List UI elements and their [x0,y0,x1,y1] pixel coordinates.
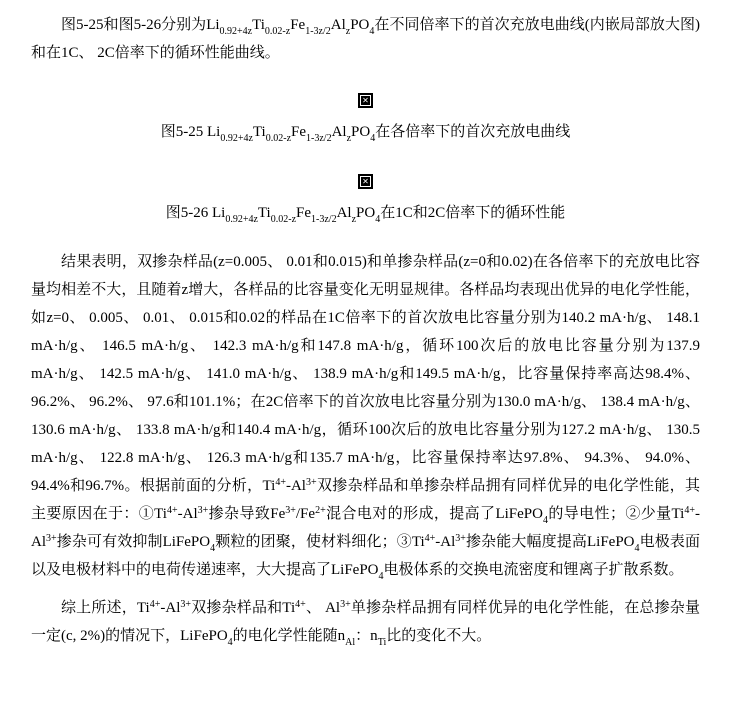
figure-5-26: ✕ 图5-26 Li0.92+4zTi0.02-zFe1-3z/2AlzPO4在… [31,174,700,227]
paragraph-conclusion: 综上所述，Ti4+-Al3+双掺杂样品和Ti4+、 Al3+单掺杂样品拥有同样优… [31,594,700,650]
figure-5-26-image-slot: ✕ [31,174,700,191]
figure-5-25-image-slot: ✕ [31,93,700,110]
broken-image-icon: ✕ [358,93,373,108]
x-mark-icon: ✕ [361,177,370,186]
paragraph-results: 结果表明，双掺杂样品(z=0.005、 0.01和0.015)和单掺杂样品(z=… [31,248,700,584]
figure-5-25: ✕ 图5-25 Li0.92+4zTi0.02-zFe1-3z/2AlzPO4在… [31,93,700,146]
x-mark-icon: ✕ [361,96,370,105]
figure-5-25-caption: 图5-25 Li0.92+4zTi0.02-zFe1-3z/2AlzPO4在各倍… [31,118,700,146]
broken-image-icon: ✕ [358,174,373,189]
figure-5-26-caption: 图5-26 Li0.92+4zTi0.02-zFe1-3z/2AlzPO4在1C… [31,199,700,227]
document-page: 图5-25和图5-26分别为Li0.92+4zTi0.02-zFe1-3z/2A… [0,0,730,650]
paragraph-intro: 图5-25和图5-26分别为Li0.92+4zTi0.02-zFe1-3z/2A… [31,11,700,67]
